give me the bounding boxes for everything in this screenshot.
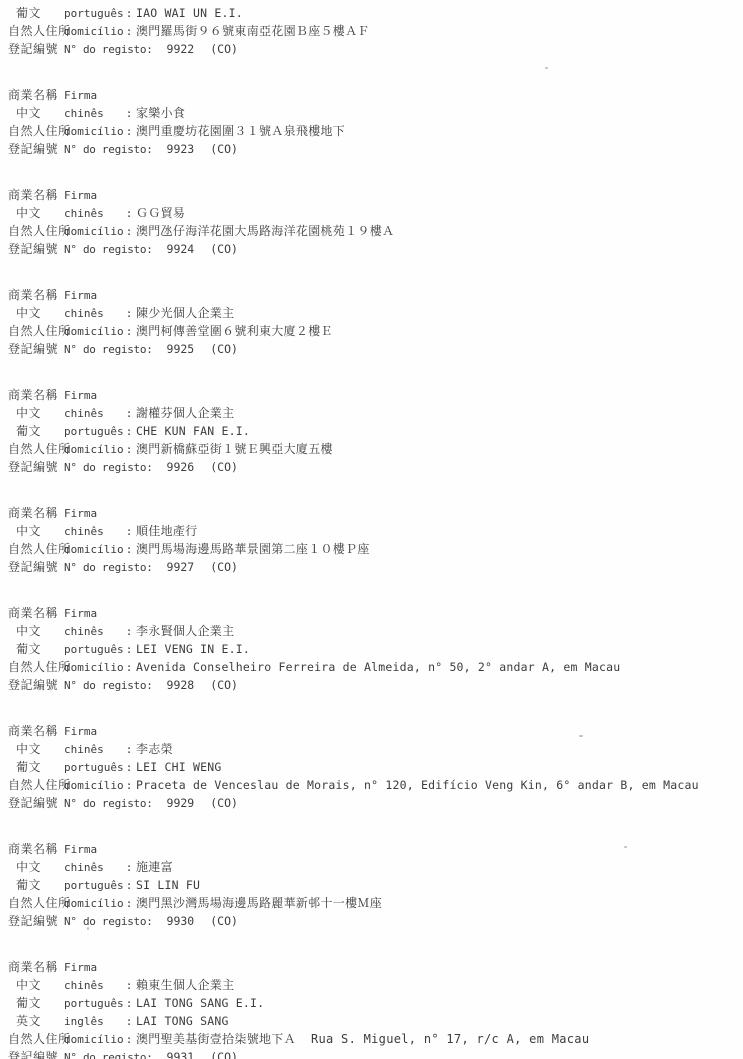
scan-speck <box>579 735 583 737</box>
firm-header-row: 商業名稱Firma <box>8 186 743 204</box>
registration-number: 9928 <box>167 676 195 694</box>
colon-separator: : <box>122 659 136 677</box>
field-label-cjk: 商業名稱 <box>8 86 64 104</box>
field-label-pt: Firma <box>64 723 122 741</box>
colon-separator: : <box>122 123 136 141</box>
registration-type: (CO) <box>210 458 238 476</box>
registration-number: 9930 <box>167 912 195 930</box>
registry-record-9927: 商業名稱Firma中文chinês:順佳地產行自然人住所domicílio:澳門… <box>8 504 743 576</box>
chinese-name-row: 中文chinês:ＧＧ貿易 <box>8 204 743 222</box>
field-label-pt: Firma <box>64 387 122 405</box>
firm-name-portuguese: CHE KUN FAN E.I. <box>136 422 250 440</box>
registration-type: (CO) <box>210 1048 238 1059</box>
field-label-pt: domicílio <box>64 777 122 795</box>
chinese-name-row: 中文chinês:李永賢個人企業主 <box>8 622 743 640</box>
field-label-cjk: 登記編號 <box>8 340 64 358</box>
registration-label: N° do registo: <box>64 677 153 695</box>
colon-separator: : <box>122 305 136 323</box>
address-row: 自然人住所domicílio:澳門重慶坊花園圍３１號Ａ泉飛樓地下 <box>8 122 743 140</box>
field-label-pt: chinês <box>64 305 122 323</box>
scan-speck <box>624 846 627 848</box>
firm-name-chinese: 陳少光個人企業主 <box>136 304 234 322</box>
field-label-pt: português <box>64 759 122 777</box>
field-label-cjk: 登記編號 <box>8 912 64 930</box>
registration-row: 登記編號N° do registo:9930(CO) <box>8 912 743 930</box>
scan-speck <box>87 927 89 930</box>
firm-header-row: 商業名稱Firma <box>8 286 743 304</box>
portuguese-name-row: 葡文português:SI LIN FU <box>8 876 743 894</box>
registration-type: (CO) <box>210 558 238 576</box>
colon-separator: : <box>122 405 136 423</box>
colon-separator: : <box>122 741 136 759</box>
registration-type: (CO) <box>210 340 238 358</box>
field-label-pt: chinês <box>64 205 122 223</box>
field-label-cjk: 葡文 <box>8 4 64 22</box>
field-label-cjk: 葡文 <box>8 640 64 658</box>
field-label-pt: domicílio <box>64 895 122 913</box>
field-label-pt: domicílio <box>64 659 122 677</box>
field-label-pt: domicílio <box>64 123 122 141</box>
field-label-cjk: 自然人住所 <box>8 322 64 340</box>
firm-header-row: 商業名稱Firma <box>8 386 743 404</box>
field-label-cjk: 登記編號 <box>8 140 64 158</box>
field-label-cjk: 自然人住所 <box>8 440 64 458</box>
colon-separator: : <box>122 977 136 995</box>
registration-row: 登記編號N° do registo:9931(CO) <box>8 1048 743 1059</box>
colon-separator: : <box>122 541 136 559</box>
field-label-cjk: 登記編號 <box>8 458 64 476</box>
field-label-cjk: 商業名稱 <box>8 504 64 522</box>
field-label-cjk: 英文 <box>8 1012 64 1030</box>
field-label-cjk: 商業名稱 <box>8 186 64 204</box>
address-value: 澳門重慶坊花園圍３１號Ａ泉飛樓地下 <box>136 122 345 140</box>
address-row: 自然人住所domicílio:澳門新橋蘇亞街１號Ｅ興亞大廈五樓 <box>8 440 743 458</box>
registry-record-9924: 商業名稱Firma中文chinês:ＧＧ貿易自然人住所domicílio:澳門氹… <box>8 186 743 258</box>
colon-separator: : <box>122 623 136 641</box>
firm-header-row: 商業名稱Firma <box>8 504 743 522</box>
firm-name-chinese: ＧＧ貿易 <box>136 204 185 222</box>
field-label-pt: Firma <box>64 841 122 859</box>
portuguese-name-row: 葡文português:LAI TONG SANG E.I. <box>8 994 743 1012</box>
firm-header-row: 商業名稱Firma <box>8 958 743 976</box>
colon-separator: : <box>122 223 136 241</box>
firm-name-english: LAI TONG SANG <box>136 1012 229 1030</box>
field-label-cjk: 自然人住所 <box>8 894 64 912</box>
registration-label: N° do registo: <box>64 913 153 931</box>
field-label-cjk: 葡文 <box>8 994 64 1012</box>
firm-name-portuguese: LEI VENG IN E.I. <box>136 640 250 658</box>
english-name-row: 英文inglês:LAI TONG SANG <box>8 1012 743 1030</box>
address-value: 澳門氹仔海洋花園大馬路海洋花園桃苑１９樓Ａ <box>136 222 394 240</box>
colon-separator: : <box>122 895 136 913</box>
field-label-pt: Firma <box>64 87 122 105</box>
firm-header-row: 商業名稱Firma <box>8 722 743 740</box>
address-value: Avenida Conselheiro Ferreira de Almeida,… <box>136 658 620 676</box>
registration-row: 登記編號N° do registo:9926(CO) <box>8 458 743 476</box>
address-value: 澳門柯傳善堂圍６號利東大廈２樓Ｅ <box>136 322 333 340</box>
field-label-cjk: 登記編號 <box>8 40 64 58</box>
field-label-pt: português <box>64 877 122 895</box>
registration-label: N° do registo: <box>64 795 153 813</box>
field-label-pt: português <box>64 995 122 1013</box>
field-label-pt: chinês <box>64 859 122 877</box>
field-label-pt: chinês <box>64 977 122 995</box>
firm-name-chinese: 施連富 <box>136 858 173 876</box>
portuguese-name-row: 葡文português:IAO WAI UN E.I. <box>8 4 743 22</box>
colon-separator: : <box>122 1013 136 1031</box>
portuguese-name-row: 葡文português:LEI VENG IN E.I. <box>8 640 743 658</box>
field-label-cjk: 自然人住所 <box>8 1030 64 1048</box>
colon-separator: : <box>122 5 136 23</box>
field-label-cjk: 中文 <box>8 104 64 122</box>
field-label-cjk: 中文 <box>8 404 64 422</box>
field-label-cjk: 登記編號 <box>8 676 64 694</box>
firm-name-portuguese: LEI CHI WENG <box>136 758 221 776</box>
field-label-pt: chinês <box>64 523 122 541</box>
chinese-name-row: 中文chinês:李志榮 <box>8 740 743 758</box>
field-label-cjk: 商業名稱 <box>8 840 64 858</box>
registration-number: 9925 <box>167 340 195 358</box>
firm-name-chinese: 李志榮 <box>136 740 173 758</box>
colon-separator: : <box>122 323 136 341</box>
firm-header-row: 商業名稱Firma <box>8 86 743 104</box>
field-label-cjk: 商業名稱 <box>8 286 64 304</box>
field-label-cjk: 登記編號 <box>8 558 64 576</box>
colon-separator: : <box>122 423 136 441</box>
address-value: Praceta de Venceslau de Morais, n° 120, … <box>136 776 699 794</box>
field-label-pt: Firma <box>64 505 122 523</box>
registration-type: (CO) <box>210 676 238 694</box>
chinese-name-row: 中文chinês:謝權芬個人企業主 <box>8 404 743 422</box>
firm-name-portuguese: SI LIN FU <box>136 876 200 894</box>
field-label-cjk: 自然人住所 <box>8 776 64 794</box>
address-row: 自然人住所domicílio:澳門柯傳善堂圍６號利東大廈２樓Ｅ <box>8 322 743 340</box>
address-row: 自然人住所domicílio:澳門馬場海邊馬路華景園第二座１０樓Ｐ座 <box>8 540 743 558</box>
field-label-pt: domicílio <box>64 223 122 241</box>
registration-row: 登記編號N° do registo:9924(CO) <box>8 240 743 258</box>
address-value: 澳門聖美基街壹拾柒號地下Ａ Rua S. Miguel, n° 17, r/c … <box>136 1030 589 1048</box>
colon-separator: : <box>122 877 136 895</box>
address-row: 自然人住所domicílio:Praceta de Venceslau de M… <box>8 776 743 794</box>
address-row: 自然人住所domicílio:澳門黑沙灣馬場海邊馬路麗華新邨十一樓Ｍ座 <box>8 894 743 912</box>
field-label-pt: chinês <box>64 741 122 759</box>
colon-separator: : <box>122 105 136 123</box>
address-row: 自然人住所domicílio:澳門氹仔海洋花園大馬路海洋花園桃苑１９樓Ａ <box>8 222 743 240</box>
colon-separator: : <box>122 1031 136 1049</box>
registration-label: N° do registo: <box>64 341 153 359</box>
registration-type: (CO) <box>210 40 238 58</box>
registration-number: 9922 <box>167 40 195 58</box>
field-label-pt: português <box>64 423 122 441</box>
field-label-cjk: 葡文 <box>8 758 64 776</box>
registration-type: (CO) <box>210 794 238 812</box>
firm-name-portuguese: LAI TONG SANG E.I. <box>136 994 264 1012</box>
field-label-cjk: 中文 <box>8 204 64 222</box>
firm-name-chinese: 順佳地產行 <box>136 522 198 540</box>
field-label-pt: domicílio <box>64 541 122 559</box>
registration-number: 9931 <box>167 1048 195 1059</box>
registry-record-9930: 商業名稱Firma中文chinês:施連富葡文português:SI LIN … <box>8 840 743 930</box>
field-label-pt: Firma <box>64 187 122 205</box>
colon-separator: : <box>122 859 136 877</box>
registration-number: 9926 <box>167 458 195 476</box>
firm-name-chinese: 賴東生個人企業主 <box>136 976 234 994</box>
field-label-pt: domicílio <box>64 1031 122 1049</box>
registration-number: 9923 <box>167 140 195 158</box>
field-label-pt: Firma <box>64 287 122 305</box>
address-row: 自然人住所domicílio:澳門羅馬街９６號東南亞花園Ｂ座５樓ＡＦ <box>8 22 743 40</box>
registration-row: 登記編號N° do registo:9929(CO) <box>8 794 743 812</box>
portuguese-name-row: 葡文português:CHE KUN FAN E.I. <box>8 422 743 440</box>
address-row: 自然人住所domicílio:Avenida Conselheiro Ferre… <box>8 658 743 676</box>
registration-number: 9927 <box>167 558 195 576</box>
chinese-name-row: 中文chinês:陳少光個人企業主 <box>8 304 743 322</box>
registration-row: 登記編號N° do registo:9922(CO) <box>8 40 743 58</box>
field-label-cjk: 中文 <box>8 622 64 640</box>
registration-row: 登記編號N° do registo:9927(CO) <box>8 558 743 576</box>
colon-separator: : <box>122 995 136 1013</box>
registration-label: N° do registo: <box>64 459 153 477</box>
registration-label: N° do registo: <box>64 241 153 259</box>
registry-record-9929: 商業名稱Firma中文chinês:李志榮葡文português:LEI CHI… <box>8 722 743 812</box>
address-value: 澳門黑沙灣馬場海邊馬路麗華新邨十一樓Ｍ座 <box>136 894 382 912</box>
registration-number: 9929 <box>167 794 195 812</box>
field-label-cjk: 自然人住所 <box>8 122 64 140</box>
field-label-pt: inglês <box>64 1013 122 1031</box>
records-list: 葡文português:IAO WAI UN E.I.自然人住所domicíli… <box>8 4 743 1059</box>
address-row: 自然人住所domicílio:澳門聖美基街壹拾柒號地下Ａ Rua S. Migu… <box>8 1030 743 1048</box>
firm-header-row: 商業名稱Firma <box>8 604 743 622</box>
field-label-pt: Firma <box>64 959 122 977</box>
field-label-cjk: 自然人住所 <box>8 658 64 676</box>
field-label-cjk: 登記編號 <box>8 240 64 258</box>
registration-label: N° do registo: <box>64 141 153 159</box>
registration-number: 9924 <box>167 240 195 258</box>
field-label-cjk: 自然人住所 <box>8 222 64 240</box>
field-label-pt: chinês <box>64 405 122 423</box>
field-label-pt: chinês <box>64 105 122 123</box>
field-label-cjk: 中文 <box>8 740 64 758</box>
field-label-cjk: 中文 <box>8 522 64 540</box>
field-label-cjk: 登記編號 <box>8 1048 64 1059</box>
colon-separator: : <box>122 641 136 659</box>
firm-name-chinese: 謝權芬個人企業主 <box>136 404 234 422</box>
chinese-name-row: 中文chinês:賴東生個人企業主 <box>8 976 743 994</box>
registration-label: N° do registo: <box>64 559 153 577</box>
colon-separator: : <box>122 205 136 223</box>
registry-record-9928: 商業名稱Firma中文chinês:李永賢個人企業主葡文português:LE… <box>8 604 743 694</box>
colon-separator: : <box>122 777 136 795</box>
address-value: 澳門新橋蘇亞街１號Ｅ興亞大廈五樓 <box>136 440 333 458</box>
field-label-cjk: 中文 <box>8 304 64 322</box>
field-label-pt: português <box>64 641 122 659</box>
chinese-name-row: 中文chinês:順佳地產行 <box>8 522 743 540</box>
field-label-pt: domicílio <box>64 23 122 41</box>
registration-type: (CO) <box>210 140 238 158</box>
scan-speck <box>545 67 548 69</box>
portuguese-name-row: 葡文português:LEI CHI WENG <box>8 758 743 776</box>
colon-separator: : <box>122 523 136 541</box>
field-label-cjk: 中文 <box>8 858 64 876</box>
field-label-pt: Firma <box>64 605 122 623</box>
firm-name-portuguese: IAO WAI UN E.I. <box>136 4 243 22</box>
field-label-cjk: 自然人住所 <box>8 22 64 40</box>
field-label-pt: domicílio <box>64 323 122 341</box>
registry-document-page: 葡文português:IAO WAI UN E.I.自然人住所domicíli… <box>0 0 743 1059</box>
chinese-name-row: 中文chinês:家樂小食 <box>8 104 743 122</box>
field-label-cjk: 葡文 <box>8 876 64 894</box>
registry-record-9922: 葡文português:IAO WAI UN E.I.自然人住所domicíli… <box>8 4 743 58</box>
field-label-cjk: 商業名稱 <box>8 386 64 404</box>
field-label-pt: português <box>64 5 122 23</box>
firm-name-chinese: 李永賢個人企業主 <box>136 622 234 640</box>
colon-separator: : <box>122 759 136 777</box>
field-label-pt: domicílio <box>64 441 122 459</box>
field-label-cjk: 中文 <box>8 976 64 994</box>
field-label-cjk: 自然人住所 <box>8 540 64 558</box>
registration-row: 登記編號N° do registo:9923(CO) <box>8 140 743 158</box>
field-label-pt: chinês <box>64 623 122 641</box>
chinese-name-row: 中文chinês:施連富 <box>8 858 743 876</box>
colon-separator: : <box>122 23 136 41</box>
firm-name-chinese: 家樂小食 <box>136 104 185 122</box>
field-label-cjk: 登記編號 <box>8 794 64 812</box>
registry-record-9925: 商業名稱Firma中文chinês:陳少光個人企業主自然人住所domicílio… <box>8 286 743 358</box>
field-label-cjk: 葡文 <box>8 422 64 440</box>
field-label-cjk: 商業名稱 <box>8 722 64 740</box>
registration-row: 登記編號N° do registo:9928(CO) <box>8 676 743 694</box>
registry-record-9931: 商業名稱Firma中文chinês:賴東生個人企業主葡文português:LA… <box>8 958 743 1059</box>
field-label-cjk: 商業名稱 <box>8 604 64 622</box>
field-label-cjk: 商業名稱 <box>8 958 64 976</box>
registration-type: (CO) <box>210 240 238 258</box>
registration-label: N° do registo: <box>64 1049 153 1059</box>
registration-row: 登記編號N° do registo:9925(CO) <box>8 340 743 358</box>
firm-header-row: 商業名稱Firma <box>8 840 743 858</box>
colon-separator: : <box>122 441 136 459</box>
registration-type: (CO) <box>210 912 238 930</box>
address-value: 澳門馬場海邊馬路華景園第二座１０樓Ｐ座 <box>136 540 370 558</box>
registry-record-9926: 商業名稱Firma中文chinês:謝權芬個人企業主葡文português:CH… <box>8 386 743 476</box>
address-value: 澳門羅馬街９６號東南亞花園Ｂ座５樓ＡＦ <box>136 22 370 40</box>
registration-label: N° do registo: <box>64 41 153 59</box>
registry-record-9923: 商業名稱Firma中文chinês:家樂小食自然人住所domicílio:澳門重… <box>8 86 743 158</box>
